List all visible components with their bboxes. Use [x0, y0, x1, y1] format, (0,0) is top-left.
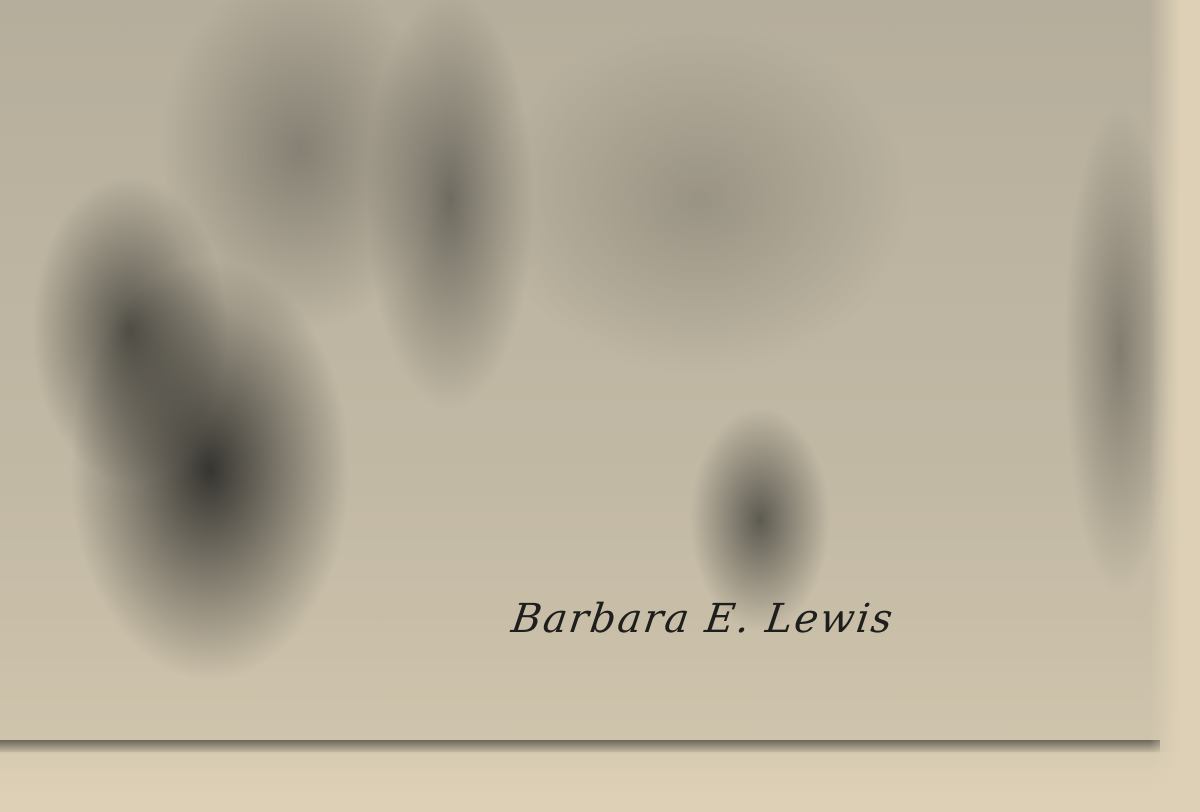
charcoal-drawing — [0, 0, 1200, 812]
paper-margin-right — [1150, 0, 1200, 812]
artist-signature: Barbara E. Lewis — [509, 596, 897, 642]
paper-margin-bottom — [0, 752, 1200, 812]
